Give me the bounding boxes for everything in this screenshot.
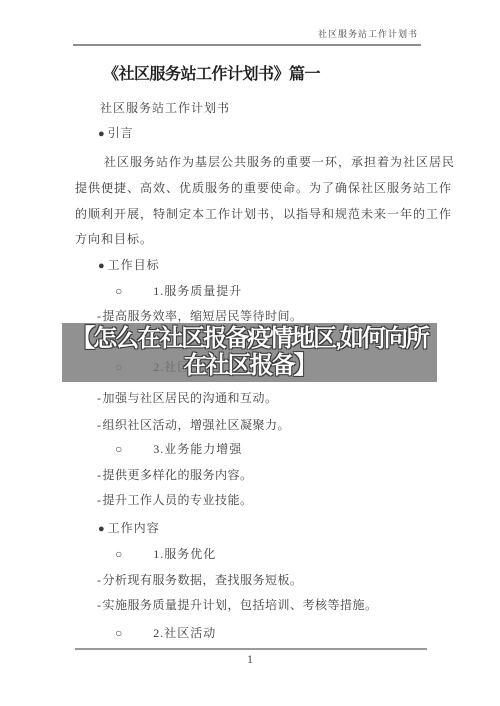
line-text: 加强与社区居民的沟通和互动。 [103, 391, 278, 405]
line-text: 方向和目标。 [75, 232, 153, 246]
numbered-item: ○3.业务能力增强 [74, 440, 242, 457]
numbered-item: ○2.社区活动 [74, 624, 216, 641]
line-text: 提供便捷、高效、优质服务的重要使命。为了确保社区服务站工作 [75, 181, 452, 195]
paragraph-line: 方向和目标。 [74, 230, 153, 247]
paragraph-line: 的顺利开展，特制定本工作计划书，以指导和规范未来一年的工作 [74, 205, 452, 222]
paragraph-line: 社区服务站作为基层公共服务的重要一环，承担着为社区居民 [74, 153, 455, 170]
line-text: 引言 [108, 126, 134, 140]
paragraph-line: 提供便捷、高效、优质服务的重要使命。为了确保社区服务站工作 [74, 179, 452, 196]
dash-bullet-icon: - [97, 468, 102, 482]
line-text: 工作内容 [108, 521, 160, 535]
section-heading: ●工作目标 [74, 256, 160, 273]
dash-item: -提高服务效率，缩短居民等待时间。 [74, 307, 303, 324]
doc-subtitle: 社区服务站工作计划书 [74, 99, 230, 116]
filled-bullet-icon: ● [98, 260, 106, 272]
section-heading: ●引言 [74, 124, 134, 141]
dash-item: -提升工作人员的专业技能。 [74, 491, 253, 508]
dash-item: -组织社区活动，增强社区凝聚力。 [74, 416, 290, 433]
line-text: 提升工作人员的专业技能。 [103, 493, 253, 507]
dash-bullet-icon: - [97, 418, 102, 432]
numbered-item: ○1.服务质量提升 [74, 282, 242, 299]
watermark-line-2: 在社区报备】 [62, 352, 437, 379]
page-number: 1 [0, 652, 500, 667]
dash-item: -实施服务质量提升计划，包括培训、考核等措施。 [74, 596, 378, 613]
line-text: 实施服务质量提升计划，包括培训、考核等措施。 [103, 598, 378, 612]
dash-item: -加强与社区居民的沟通和互动。 [74, 389, 278, 406]
watermark-overlay[interactable]: 【怎么在社区报备疫情地区,如何向所 在社区报备】 [62, 323, 437, 382]
numbered-item: ○1.服务优化 [74, 545, 216, 562]
circle-bullet-icon: ○ [115, 284, 123, 298]
header-doc-label: 社区服务站工作计划书 [318, 27, 418, 40]
document-page: 社区服务站工作计划书 《社区服务站工作计划书》篇一 社区服务站工作计划书 ●引言… [0, 0, 500, 706]
line-text: 社区服务站作为基层公共服务的重要一环，承担着为社区居民 [104, 155, 455, 169]
dash-bullet-icon: - [97, 309, 102, 323]
circle-bullet-icon: ○ [115, 547, 123, 561]
filled-bullet-icon: ● [98, 523, 106, 535]
circle-bullet-icon: ○ [115, 626, 123, 640]
header-rule [73, 44, 421, 46]
line-text: 的顺利开展，特制定本工作计划书，以指导和规范未来一年的工作 [75, 207, 452, 221]
line-text: 3.业务能力增强 [153, 442, 242, 456]
line-text: 分析现有服务数据，查找服务短板。 [103, 573, 303, 587]
line-text: 提高服务效率，缩短居民等待时间。 [103, 309, 303, 323]
line-text: 1.服务质量提升 [153, 284, 242, 298]
watermark-line-1: 【怎么在社区报备疫情地区,如何向所 [62, 325, 437, 352]
line-text: 工作目标 [108, 258, 160, 272]
section-heading: ●工作内容 [74, 519, 160, 536]
line-text: 提供更多样化的服务内容。 [103, 468, 253, 482]
dash-bullet-icon: - [97, 573, 102, 587]
dash-item: -分析现有服务数据，查找服务短板。 [74, 571, 303, 588]
dash-item: -提供更多样化的服务内容。 [74, 466, 253, 483]
line-text: 1.服务优化 [153, 547, 216, 561]
line-text: 社区服务站工作计划书 [100, 101, 230, 115]
dash-bullet-icon: - [97, 598, 102, 612]
filled-bullet-icon: ● [98, 128, 106, 140]
line-text: 组织社区活动，增强社区凝聚力。 [103, 418, 291, 432]
page-title: 《社区服务站工作计划书》篇一 [103, 61, 320, 84]
dash-bullet-icon: - [97, 493, 102, 507]
dash-bullet-icon: - [97, 391, 102, 405]
line-text: 2.社区活动 [153, 626, 216, 640]
footer-rule [75, 648, 427, 650]
circle-bullet-icon: ○ [115, 442, 123, 456]
